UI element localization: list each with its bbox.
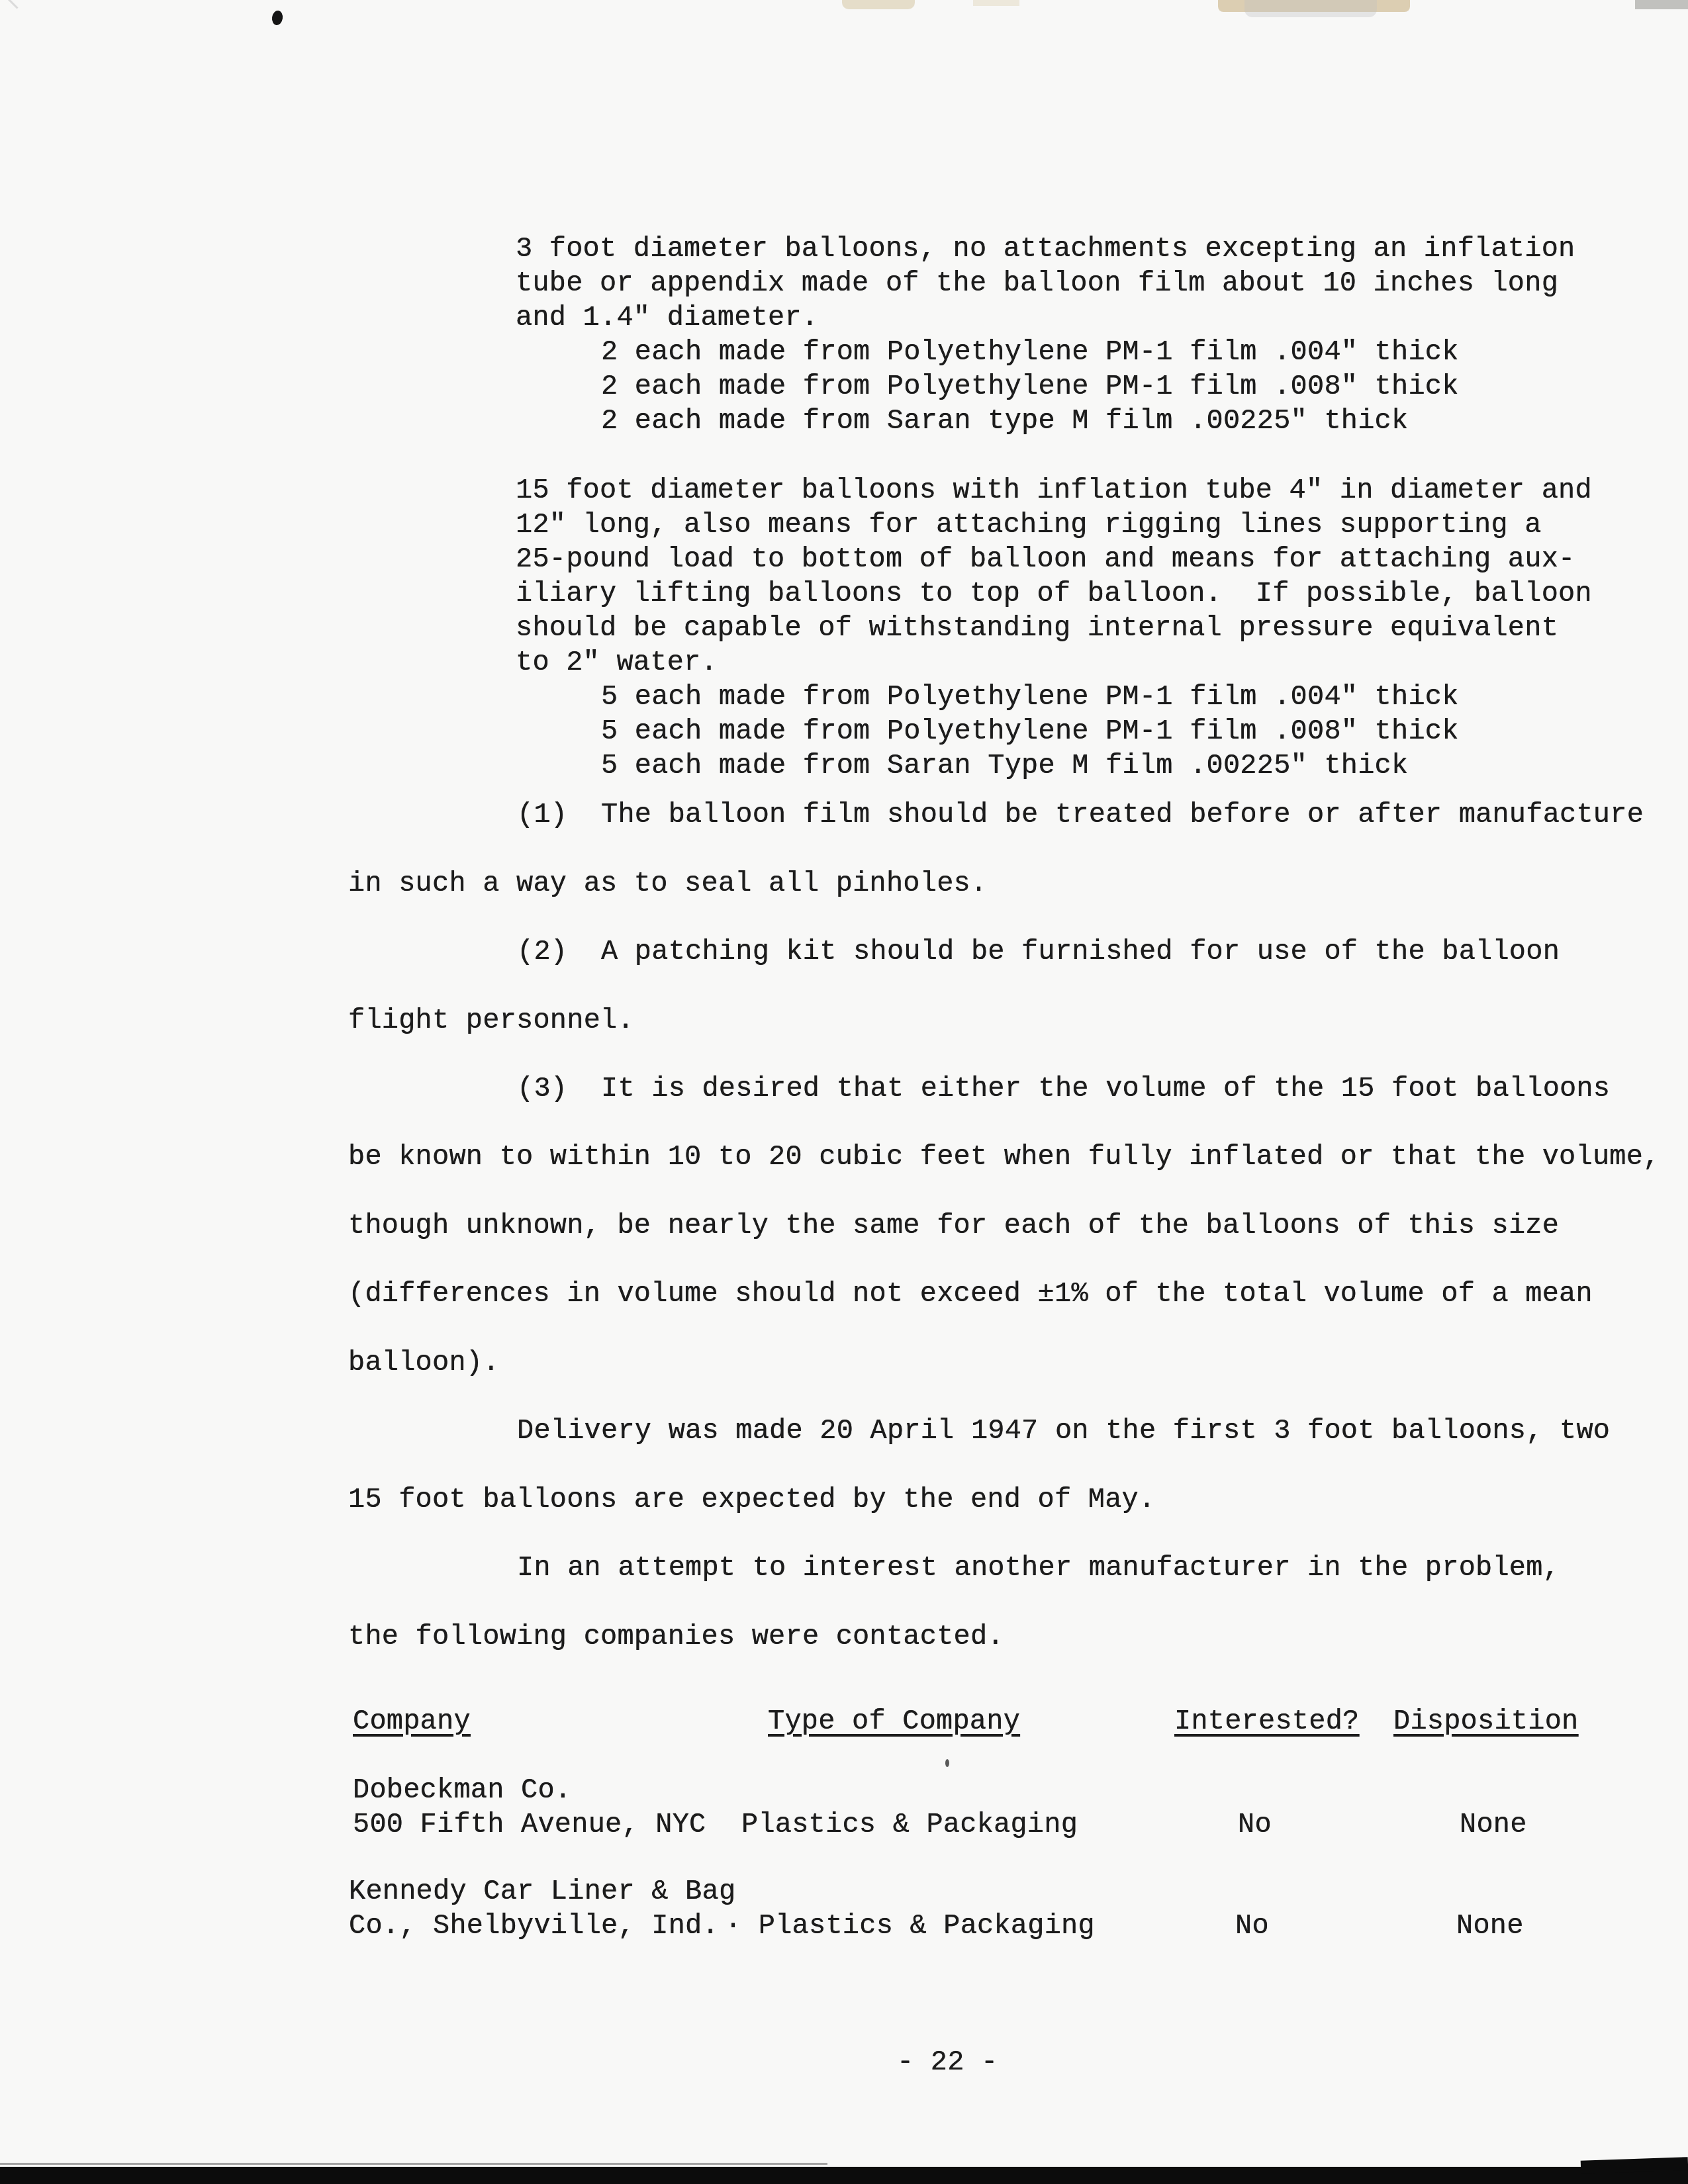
typed-line: 5 each made from Saran Type M film .0022… (601, 752, 1408, 780)
typed-line: should be capable of withstanding intern… (516, 614, 1558, 642)
table-cell-type: · Plastics & Packaging (725, 1912, 1095, 1940)
typed-line: 15 foot diameter balloons with inflation… (516, 477, 1592, 504)
table-header-interested: Interested? (1174, 1707, 1359, 1735)
typed-line: iliary lifting balloons to top of balloo… (516, 580, 1592, 608)
scan-edge-hairline (0, 2163, 827, 2165)
ink-speck (945, 1759, 949, 1767)
typed-line: (2) A patching kit should be furnished f… (517, 938, 1560, 966)
typed-line: (1) The balloon film should be treated b… (517, 801, 1644, 829)
top-edge-smudge (1244, 0, 1377, 17)
table-cell-disposition: None (1460, 1811, 1527, 1839)
top-edge-smudge (1218, 0, 1410, 12)
typed-line: balloon). (348, 1349, 500, 1377)
corner-scratch (0, 0, 19, 19)
table-cell-disposition: None (1456, 1912, 1524, 1940)
top-edge-smudge (1635, 0, 1688, 9)
table-header-type: Type of Company (768, 1707, 1020, 1735)
typed-line: be known to within 10 to 20 cubic feet w… (348, 1143, 1660, 1171)
page-number: - 22 - (897, 2048, 998, 2076)
typed-line: and 1.4" diameter. (516, 304, 818, 332)
table-cell-interested: No (1235, 1912, 1269, 1940)
typed-line: 5 each made from Polyethylene PM-1 film … (601, 683, 1459, 711)
scan-edge-bar (0, 2167, 1688, 2184)
scanned-document-page: 3 foot diameter balloons, no attachments… (0, 0, 1688, 2184)
typed-line: 3 foot diameter balloons, no attachments… (516, 235, 1575, 263)
typed-line: In an attempt to interest another manufa… (517, 1554, 1560, 1582)
table-header-disposition: Disposition (1393, 1707, 1578, 1735)
table-cell-company: 500 Fifth Avenue, NYC (353, 1811, 706, 1839)
typed-line: (3) It is desired that either the volume… (517, 1075, 1610, 1103)
typed-line: 25-pound load to bottom of balloon and m… (516, 545, 1575, 573)
typed-line: 15 foot balloons are expected by the end… (348, 1486, 1155, 1514)
top-edge-smudge (842, 0, 915, 9)
ink-speck (271, 10, 284, 26)
table-cell-company: Co., Shelbyville, Ind. (349, 1912, 719, 1940)
typed-line: 5 each made from Polyethylene PM-1 film … (601, 717, 1459, 745)
table-cell-company: Kennedy Car Liner & Bag (349, 1878, 735, 1905)
typed-line: in such a way as to seal all pinholes. (348, 870, 987, 897)
typed-line: 2 each made from Saran type M film .0022… (601, 407, 1408, 435)
typed-line: though unknown, be nearly the same for e… (348, 1212, 1559, 1240)
table-cell-company: Dobeckman Co. (353, 1776, 571, 1804)
table-cell-type: Plastics & Packaging (741, 1811, 1078, 1839)
top-edge-smudge (973, 0, 1019, 6)
typed-line: to 2" water. (516, 649, 718, 676)
table-header-company: Company (353, 1707, 471, 1735)
table-cell-interested: No (1238, 1811, 1272, 1839)
typed-line: the following companies were contacted. (348, 1623, 1004, 1651)
typed-line: Delivery was made 20 April 1947 on the f… (517, 1417, 1610, 1445)
typed-line: 2 each made from Polyethylene PM-1 film … (601, 373, 1459, 400)
typed-line: tube or appendix made of the balloon fil… (516, 269, 1558, 297)
typed-line: 12" long, also means for attaching riggi… (516, 511, 1542, 539)
typed-line: 2 each made from Polyethylene PM-1 film … (601, 338, 1459, 366)
typed-line: (differences in volume should not exceed… (348, 1280, 1593, 1308)
typed-line: flight personnel. (348, 1007, 634, 1034)
